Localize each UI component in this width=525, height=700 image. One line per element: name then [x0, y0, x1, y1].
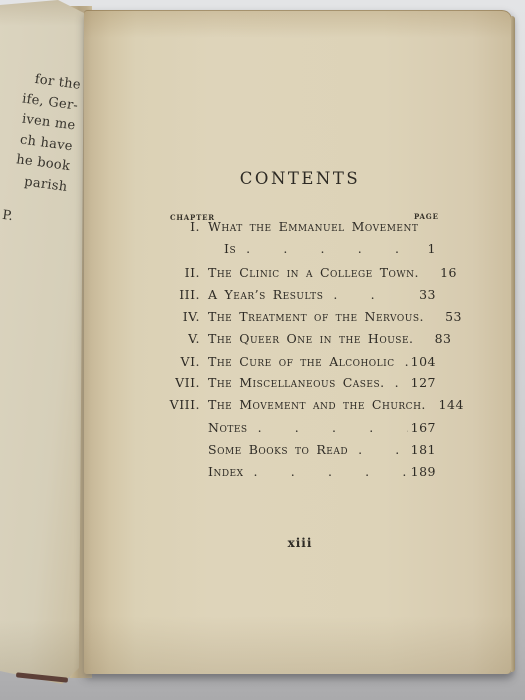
toc-page-number: 144 [436, 397, 464, 413]
toc-section-title: Notes [208, 420, 248, 436]
toc-section-title: Some Books to Read [208, 442, 348, 458]
toc-page-number: 127 [408, 375, 436, 391]
toc-chapter-numeral: IV. [150, 309, 200, 325]
toc-page-number: 167 [408, 420, 436, 436]
toc-entry: V. The Queer One in the House. 83 [150, 331, 436, 347]
toc-page-number: 104 [408, 354, 436, 370]
toc-page-number: 181 [408, 442, 436, 458]
leader-dots: . [395, 375, 408, 391]
toc-chapter-title: A Year’s Results [208, 287, 323, 303]
toc-entry: Index . . . . . 189 [150, 464, 436, 480]
toc-section-title: Index [208, 464, 244, 480]
toc-chapter-numeral: VI. [150, 354, 200, 370]
toc-chapter-title: What the Emmanuel Movement [208, 219, 418, 235]
toc-chapter-title: The Miscellaneous Cases. [208, 375, 385, 391]
toc-chapter-numeral: III. [150, 287, 200, 303]
toc-page-number: 16 [429, 265, 457, 281]
toc-chapter-title: The Movement and the Church. [208, 397, 426, 413]
toc-page-number: 1 [408, 241, 436, 257]
toc-chapter-title: Is [224, 241, 236, 257]
toc-chapter-numeral: V. [150, 331, 200, 347]
toc-chapter-numeral: VIII. [150, 397, 200, 413]
left-page: for the ife, Ger- iven me ch have he boo… [0, 0, 90, 692]
folio-page-number: xiii [158, 536, 442, 550]
toc-entry: Some Books to Read . . 181 [150, 442, 436, 458]
toc-entry: Notes . . . . . 167 [150, 420, 436, 436]
toc-entry: I. What the Emmanuel Movement [150, 219, 436, 235]
toc-entry: VI. The Cure of the Alcoholic . 104 [150, 354, 436, 370]
book-photo: for the ife, Ger- iven me ch have he boo… [0, 0, 525, 700]
leader-dots: . . [358, 442, 408, 458]
leader-dots: . . . . . [258, 420, 408, 436]
toc-entry-continuation: Is . . . . . 1 [150, 241, 436, 257]
toc-page-number: 33 [408, 287, 436, 303]
toc-page-number: 189 [408, 464, 436, 480]
toc-chapter-numeral: VII. [150, 375, 200, 391]
leader-dots: . . . . . [246, 241, 408, 257]
toc-page-number: 83 [424, 331, 452, 347]
toc-chapter-numeral: I. [150, 219, 200, 235]
toc-entry: IV. The Treatment of the Nervous. 53 [150, 309, 436, 325]
page-title: CONTENTS [158, 169, 442, 188]
toc-chapter-title: The Treatment of the Nervous. [208, 309, 424, 325]
leader-dots: . . . [333, 287, 408, 303]
toc-chapter-title: The Clinic in a College Town. [208, 265, 419, 281]
book-fore-edge [511, 16, 515, 672]
toc-chapter-numeral: II. [150, 265, 200, 281]
toc-entry: VII. The Miscellaneous Cases. . 127 [150, 375, 436, 391]
leader-dots: . . . . . [254, 464, 408, 480]
toc-page-number: 53 [434, 309, 462, 325]
toc-chapter-title: The Cure of the Alcoholic [208, 354, 395, 370]
toc-chapter-title: The Queer One in the House. [208, 331, 414, 347]
toc-entry: III. A Year’s Results . . . 33 [150, 287, 436, 303]
toc-entry: VIII. The Movement and the Church. 144 [150, 397, 436, 413]
toc-entry: II. The Clinic in a College Town. 16 [150, 265, 436, 281]
